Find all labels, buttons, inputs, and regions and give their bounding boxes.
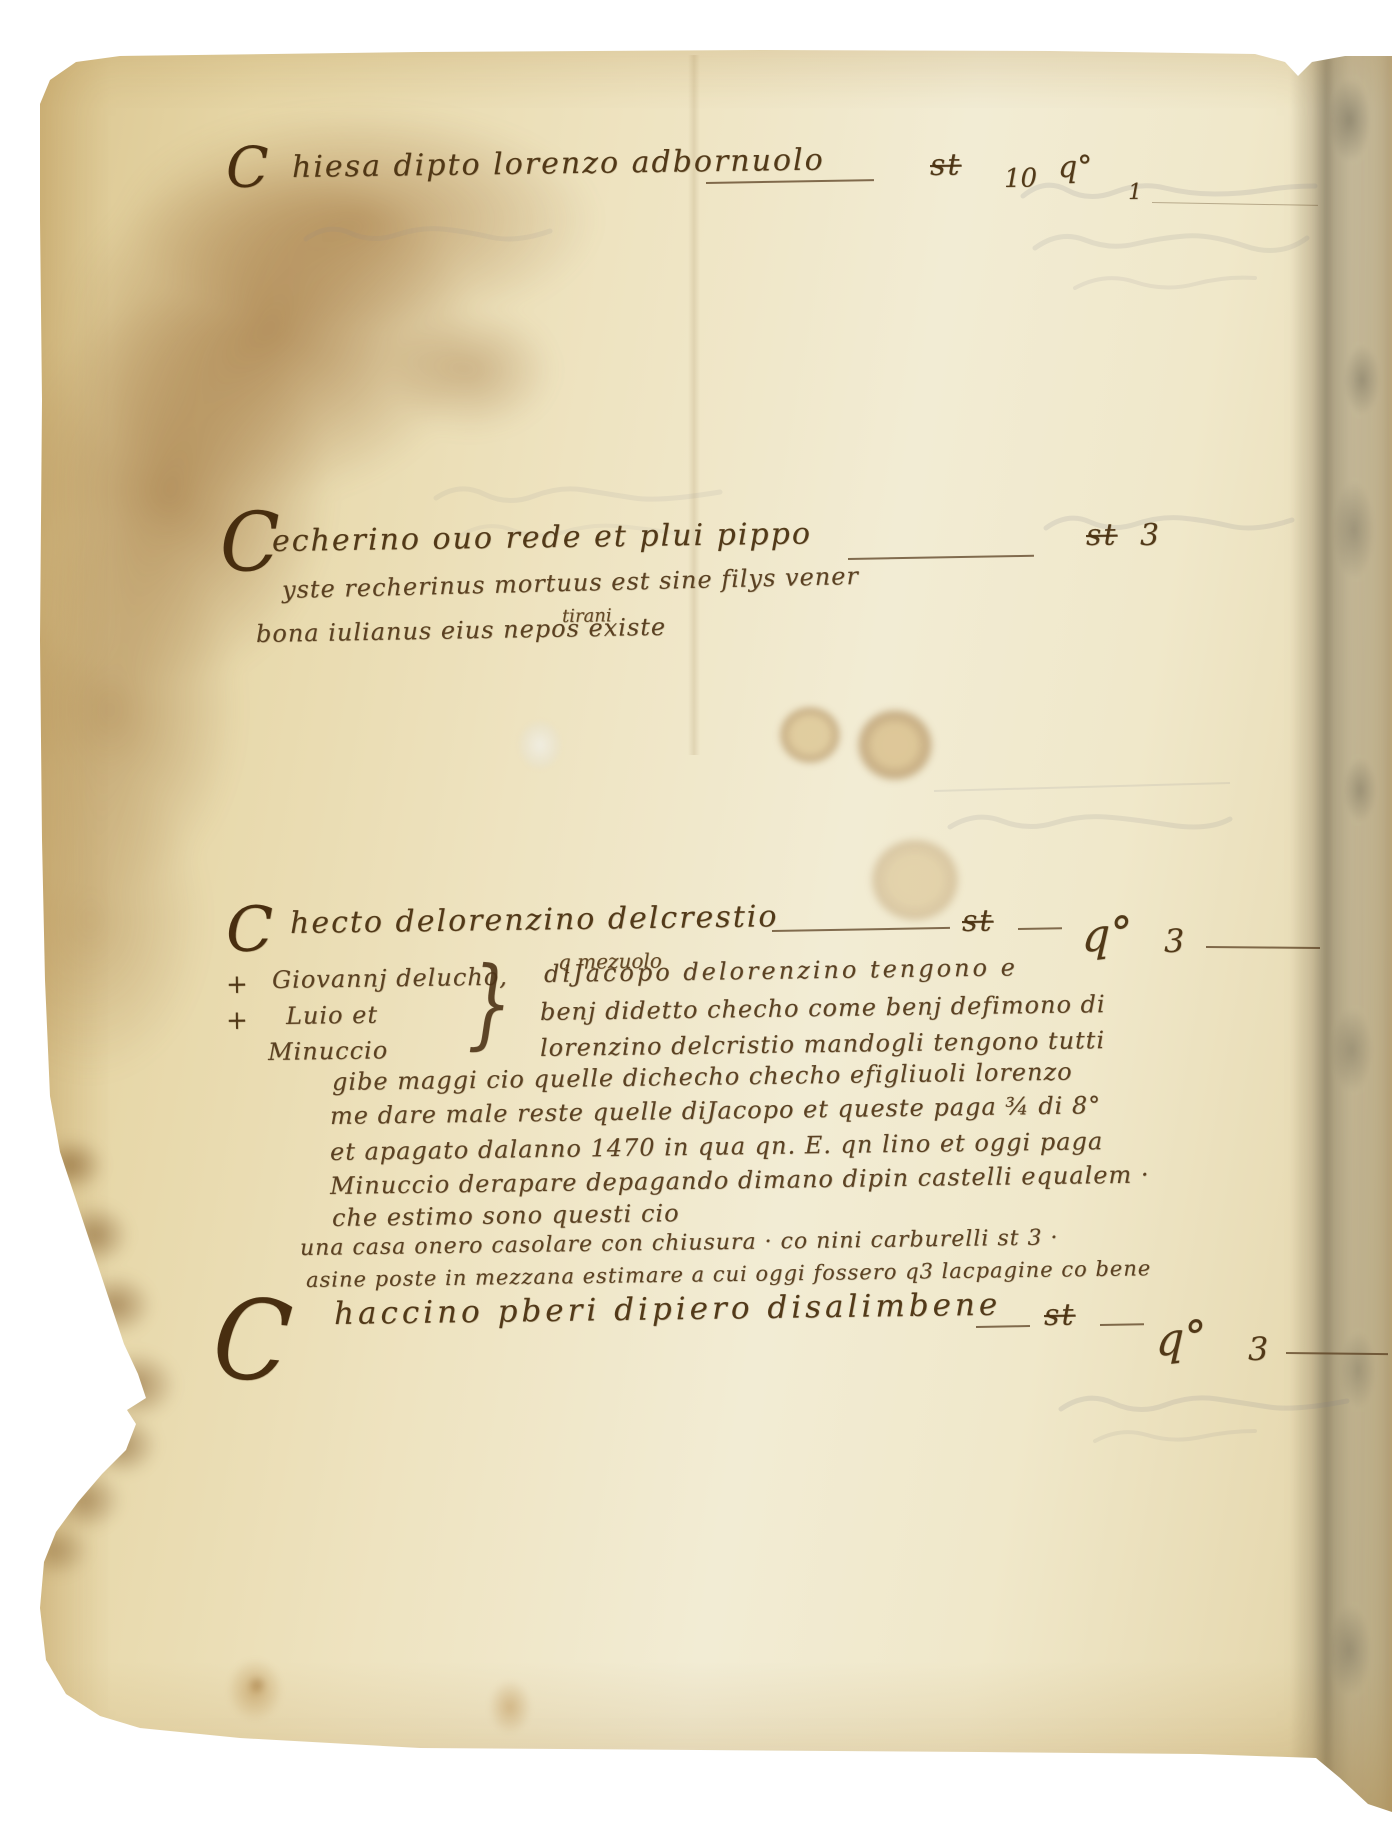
bleedthrough-writing	[930, 775, 1240, 855]
entry-4-quarter: q°	[1155, 1311, 1207, 1368]
entry-4-initial: C	[207, 1271, 297, 1409]
stain-bottom-left-2	[455, 1655, 565, 1765]
entry-3-initial: C	[225, 892, 273, 966]
entry-1-amount-unit: st	[930, 148, 962, 183]
ink-rule-short	[976, 1325, 1030, 1328]
entry-3-quarter-value: 3	[1164, 922, 1185, 960]
binding-gutter	[1290, 50, 1392, 1816]
ink-rule	[706, 179, 874, 184]
entry-3-body-5: me dare male reste quelle diJacopo et qu…	[330, 1091, 1102, 1130]
entry-1-title: hiesa dipto lorenzo adbornuolo	[292, 143, 825, 185]
entry-3-body-2: benj didetto checho come benj defimono d…	[540, 990, 1106, 1026]
entry-3-brace: }	[467, 946, 512, 1061]
entry-2-note-1: yste recherinus mortuus est sine filys v…	[282, 562, 860, 604]
ink-rule	[772, 927, 950, 932]
ink-rule-short	[1100, 1323, 1144, 1326]
entry-3-body-10: asine poste in mezzana estimare a cui og…	[306, 1256, 1152, 1292]
entry-3-body-6: et apagato dalanno 1470 in qua qn. E. qn…	[330, 1127, 1104, 1166]
stain-bottom-left-1	[195, 1630, 325, 1760]
entry-3-body-8: che estimo sono questi cio	[332, 1199, 680, 1232]
entry-2-note-2: bona iulianus eius nepos existe	[256, 613, 667, 648]
entry-4-title: haccino pberi dipiero disalimbene	[334, 1287, 1002, 1332]
ink-rule-short	[1018, 927, 1062, 930]
entry-3-body-7: Minuccio derapare depagando dimano dipin…	[330, 1161, 1150, 1200]
entry-4-quarter-value: 3	[1248, 1330, 1269, 1368]
entry-3-quarter: q°	[1081, 907, 1133, 964]
entry-1-amount-value: 10	[1004, 164, 1038, 194]
bleedthrough-writing	[1055, 1375, 1355, 1455]
ink-rule	[848, 555, 1034, 560]
scanner-background: C hiesa dipto lorenzo adbornuolo st 10 q…	[0, 0, 1392, 1826]
entry-3-margin-mark-2: +	[226, 1006, 248, 1036]
ink-rule	[1286, 1352, 1388, 1355]
entry-1-initial: C	[226, 135, 270, 201]
ink-rule-faint	[1152, 202, 1318, 206]
entry-2-title: echerino ouo rede et plui pippo	[272, 516, 812, 559]
entry-2-initial: C	[220, 496, 280, 591]
light-spot	[495, 700, 585, 795]
entry-3-body-1: diJacopo delorenzino tengono e	[544, 953, 1018, 988]
entry-1-quarter: q°	[1058, 150, 1093, 185]
entry-1-quarter-value: 1	[1128, 180, 1142, 205]
bleedthrough-writing	[300, 205, 560, 275]
bleedthrough-writing	[1040, 498, 1300, 558]
entry-3-body-3: lorenzino delcristio mandogli tengono tu…	[540, 1026, 1105, 1062]
ink-rule	[1206, 946, 1320, 949]
entry-3-name-3: Minuccio	[268, 1036, 389, 1066]
entry-3-title: hecto delorenzino delcrestio	[290, 899, 779, 941]
entry-3-body-4: gibe maggi cio quelle dichecho checho ef…	[332, 1058, 1073, 1096]
burnt-torn-edge	[0, 1105, 230, 1635]
entry-3-margin-mark-1: +	[226, 970, 248, 1000]
entry-3-name-2: Luio et	[286, 1001, 378, 1030]
entry-3-amount-unit: st	[962, 904, 994, 939]
entry-2-amount-value: 3	[1140, 518, 1160, 553]
manuscript-page: C hiesa dipto lorenzo adbornuolo st 10 q…	[0, 0, 1392, 1826]
entry-4-amount-unit: st	[1044, 1298, 1076, 1333]
entry-2-amount-unit: st	[1086, 518, 1118, 553]
